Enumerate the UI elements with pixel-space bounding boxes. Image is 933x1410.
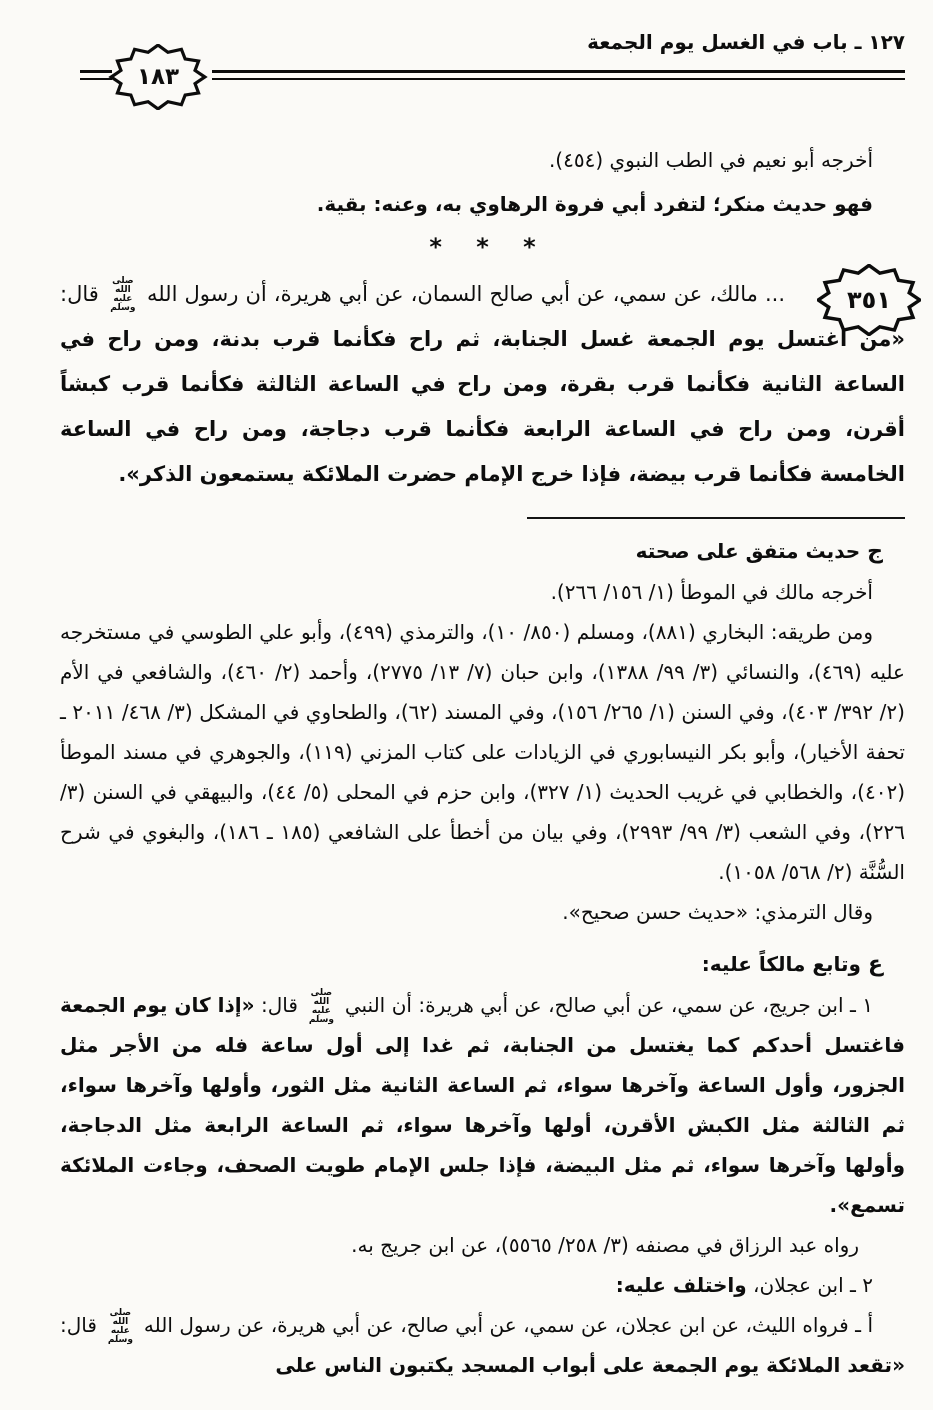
hadith-number: ٣٥١	[847, 286, 891, 314]
takhrij-sources-paragraph: ومن طريقه: البخاري (٨٨١)، ومسلم (٨٥٠/ ١٠…	[60, 612, 905, 892]
mutabaah-2-narrator: ٢ ـ ابن عجلان،	[747, 1273, 873, 1297]
mutabaat-heading-text: وتابع مالكاً عليه:	[702, 952, 861, 976]
mutabaah-2-ikhtilaf: واختلف عليه:	[616, 1273, 747, 1297]
book-page: ١٢٧ ـ باب في الغسل يوم الجمعة ١٨٣ أخرجه …	[0, 0, 933, 1385]
page-header: ١٢٧ ـ باب في الغسل يوم الجمعة ١٨٣	[60, 26, 905, 118]
page-number-badge: ١٨٣	[108, 44, 208, 110]
mutabaah-2a-paragraph: أ ـ فرواه الليث، عن ابن عجلان، عن سمي، ع…	[60, 1305, 905, 1385]
hadith-isnad: ... مالك، عن سمي، عن أبي صالح السمان، عن…	[140, 282, 785, 306]
hadith-qala: قال:	[60, 282, 106, 306]
mutabaah-1-matn: «إذا كان يوم الجمعة فاغتسل أحدكم كما يغت…	[60, 993, 905, 1217]
saw-symbol: صلى الله عليه وسلم	[304, 989, 338, 1025]
prev-hadith-ruling-line: فهو حديث منكر؛ لتفرد أبي فروة الرهاوي به…	[60, 184, 905, 224]
mutabaah-1-isnad: ١ ـ ابن جريج، عن سمي، عن أبي صالح، عن أب…	[338, 993, 873, 1017]
saw-symbol: صلى الله عليه وسلم	[103, 1309, 137, 1345]
takhrij-muwatta-line: أخرجه مالك في الموطأ (١/ ١٥٦/ ٢٦٦).	[60, 572, 905, 612]
mutabaah-1-qala: قال:	[255, 993, 305, 1017]
takhrij-marker-glyph: ج	[867, 539, 883, 564]
mutabaah-1-paragraph: ١ ـ ابن جريج، عن سمي، عن أبي صالح، عن أب…	[60, 985, 905, 1225]
hadith-number-badge: ٣٥١	[817, 264, 921, 336]
hadith-351-text: ... مالك، عن سمي، عن أبي صالح السمان، عن…	[60, 272, 905, 497]
page-number: ١٨٣	[137, 64, 179, 90]
mutabaah-2a-qala: قال:	[60, 1313, 103, 1337]
takhrij-separator-line	[527, 517, 905, 519]
takhrij-heading-text: حديث متفق على صحته	[636, 539, 861, 563]
prev-hadith-source-line: أخرجه أبو نعيم في الطب النبوي (٤٥٤).	[60, 140, 905, 180]
takhrij-heading: ج حديث متفق على صحته	[60, 531, 905, 572]
mutabaat-heading: ع وتابع مالكاً عليه:	[60, 944, 905, 985]
mutabaah-2a-isnad: أ ـ فرواه الليث، عن ابن عجلان، عن سمي، ع…	[137, 1313, 873, 1337]
mutabaah-2a-matn: «تقعد الملائكة يوم الجمعة على أبواب المس…	[275, 1353, 905, 1377]
saw-symbol: صلى الله عليه وسلم	[106, 277, 140, 313]
mutabaah-1-source-line: رواه عبد الرزاق في مصنفه (٣/ ٢٥٨/ ٥٥٦٥)،…	[60, 1225, 905, 1265]
tirmidhi-grading-line: وقال الترمذي: «حديث حسن صحيح».	[60, 892, 905, 932]
hadith-351-block: ٣٥١ ... مالك، عن سمي، عن أبي صالح السمان…	[60, 272, 905, 497]
header-double-rule	[212, 70, 905, 80]
mutabaah-2-heading: ٢ ـ ابن عجلان، واختلف عليه:	[60, 1265, 905, 1305]
mutabaat-marker-glyph: ع	[868, 952, 883, 977]
section-divider-stars: * * *	[60, 232, 905, 262]
hadith-matn: «من اغتسل يوم الجمعة غسل الجنابة، ثم راح…	[60, 327, 905, 486]
